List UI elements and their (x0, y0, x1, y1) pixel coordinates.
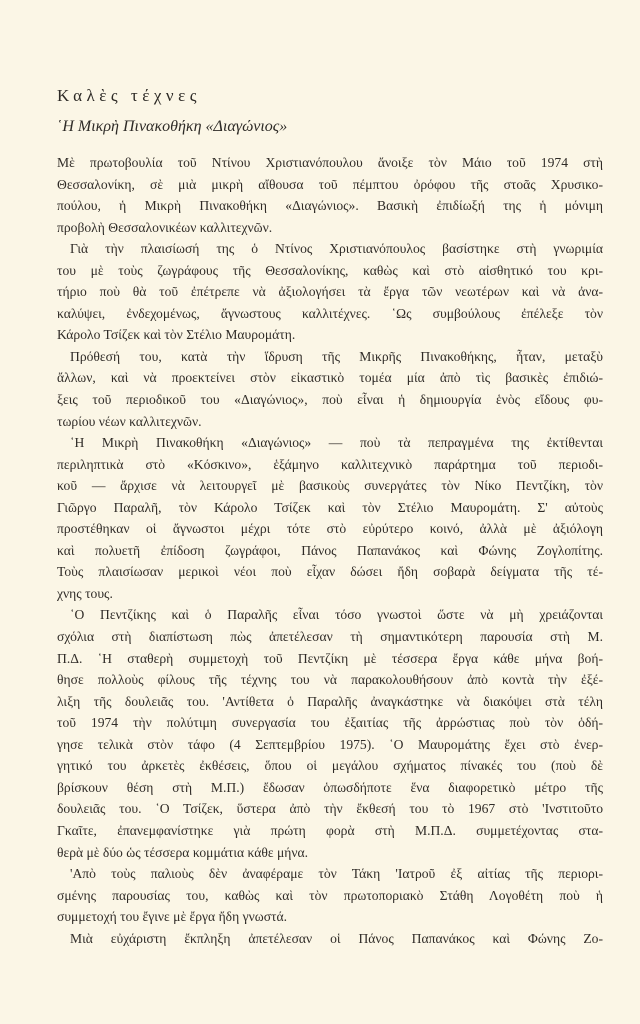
text-line: προστέθηκαν οἱ ἄγνωστοι μέχρι τότε στὸ ε… (57, 518, 603, 540)
text-line: καὶ πολυετῆ ἐπίδοση ζωγράφοι, Πάνος Παπα… (57, 540, 603, 562)
text-line: του μὲ τοὺς ζωγράφους τῆς Θεσσαλονίκης, … (57, 260, 603, 282)
section-title: Καλὲς τέχνες (57, 86, 201, 106)
text-line: χνης τους. (57, 583, 603, 605)
text-line: Π.Δ. ῾Η σταθερὴ συμμετοχὴ τοῦ Πεντζίκη μ… (57, 648, 603, 670)
text-line: Πρόθεσή του, κατὰ τὴν ἵδρυση τῆς Μικρῆς … (57, 346, 603, 368)
text-line: δουλειᾶς του. ῾Ο Τσίζεκ, ὕστερα ἀπὸ τὴν … (57, 798, 603, 820)
text-line: Μιὰ εὐχάριστη ἔκπληξη ἀπετέλεσαν οἱ Πάνο… (57, 928, 603, 950)
text-line: καλύψει, ἐνδεχομένως, ἄγνωστους καλλιτέχ… (57, 303, 603, 325)
text-line: τωρίου νέων καλλιτεχνῶν. (57, 411, 603, 433)
text-line: γητικό του ἀρκετὲς ἐκθέσεις, ὅπου οἱ μεγ… (57, 755, 603, 777)
text-line: περιληπτικὰ στὸ «Κόσκινο», ἑξάμηνο καλλι… (57, 454, 603, 476)
text-line: προβολὴ Θεσσαλονικέων καλλιτεχνῶν. (57, 217, 603, 239)
text-line: βρίσκουν θέση στὴ Μ.Π.) ἔδωσαν ὁπωσδήποτ… (57, 777, 603, 799)
text-line: σμένης παρουσίας του, καθὼς καὶ τὸν πρωτ… (57, 885, 603, 907)
text-line: λιξη τῆς δουλειᾶς του. 'Αντίθετα ὁ Παραλ… (57, 691, 603, 713)
text-line: Κάρολο Τσίζεκ καὶ τὸν Στέλιο Μαυρομάτη. (57, 324, 603, 346)
text-line: συμμετοχή του ἔγινε μὲ ἔργα ἤδη γνωστά. (57, 906, 603, 928)
text-line: θερὰ μὲ δύο ὡς τέσσερα κομμάτια κάθε μήν… (57, 842, 603, 864)
text-line: γησε τελικὰ στὸν τάφο (4 Σεπτεμβρίου 197… (57, 734, 603, 756)
text-line: τοῦ 1974 τὴν πολύτιμη συνεργασία του ἐξα… (57, 712, 603, 734)
text-line: Γιὰ τὴν πλαισίωσή της ὁ Ντίνος Χριστιανό… (57, 238, 603, 260)
text-line: Γιῶργο Παραλῆ, τὸν Κάρολο Τσίζεκ καὶ τὸν… (57, 497, 603, 519)
text-line: ξεις τοῦ περιοδικοῦ του «Διαγώνιος», ποὺ… (57, 389, 603, 411)
article-heading: ῾Η Μικρὴ Πινακοθήκη «Διαγώνιος» (57, 118, 287, 136)
text-line: Γκαῖτε, ἐπανεμφανίστηκε γιὰ πρώτη φορὰ σ… (57, 820, 603, 842)
text-line: 'Απὸ τοὺς παλιοὺς δὲν ἀναφέραμε τὸν Τάκη… (57, 863, 603, 885)
text-line: Θεσσαλονίκη, σὲ μιὰ μικρὴ αἴθουσα τοῦ πέ… (57, 174, 603, 196)
text-line: ῾Η Μικρὴ Πινακοθήκη «Διαγώνιος» — ποὺ τὰ… (57, 432, 603, 454)
text-line: σχόλια στὴ διαπίστωση πὼς ἀπετέλεσαν τὴ … (57, 626, 603, 648)
text-line: τήριο ποὺ θὰ τοῦ ἐπέτρεπε νὰ ἀξιολογήσει… (57, 281, 603, 303)
text-line: ἄλλων, καὶ νὰ προεκτείνει στὸν εἰκαστικὸ… (57, 367, 603, 389)
text-line: θησε πολλοὺς φίλους τῆς τέχνης του νὰ πα… (57, 669, 603, 691)
text-line: Τοὺς πλαισίωσαν μερικοὶ νέοι ποὺ εἶχαν δ… (57, 561, 603, 583)
text-line: Μὲ πρωτοβουλία τοῦ Ντίνου Χριστιανόπουλο… (57, 152, 603, 174)
text-line: ῾Ο Πεντζίκης καὶ ὁ Παραλῆς εἶναι τόσο γν… (57, 604, 603, 626)
text-line: πούλου, ἡ Μικρὴ Πινακοθήκη «Διαγώνιος». … (57, 195, 603, 217)
text-line: κοῦ — ἄρχισε νὰ λειτουργεῖ μὲ βασικοὺς σ… (57, 475, 603, 497)
article-body: Μὲ πρωτοβουλία τοῦ Ντίνου Χριστιανόπουλο… (57, 152, 603, 949)
